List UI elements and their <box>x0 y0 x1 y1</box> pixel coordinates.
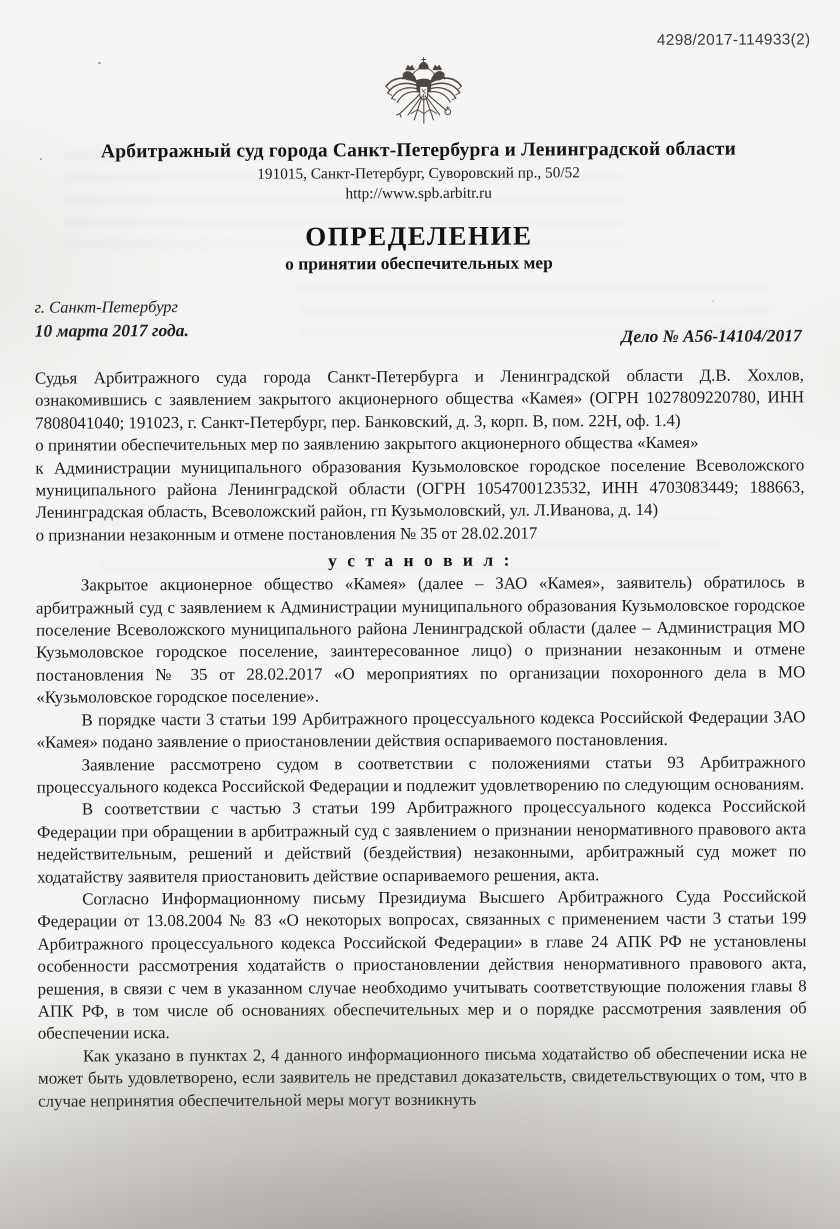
body-paragraph: Заявление рассмотрено судом в соответств… <box>37 751 806 799</box>
court-website: http://www.spb.arbitr.ru <box>34 182 803 205</box>
body-paragraph: Как указано в пунктах 2, 4 данного инфор… <box>38 1042 807 1113</box>
judge-line: Судья Арбитражного суда города Санкт-Пет… <box>35 364 804 435</box>
intro-section: Судья Арбитражного суда города Санкт-Пет… <box>35 364 805 547</box>
body-paragraph: Закрытое акционерное общество «Камея» (д… <box>36 572 806 710</box>
resolution-heading: у с т а н о в и л : <box>36 547 805 574</box>
case-number: Дело № А56-14104/2017 <box>621 315 804 348</box>
subject-line: о принятии обеспечительных мер по заявле… <box>35 432 804 458</box>
claim-line: о признании незаконным и отмене постанов… <box>36 521 805 547</box>
document-registration-number: 4298/2017-114933(2) <box>657 31 811 50</box>
case-meta: г. Санкт-Петербург 10 марта 2017 года. Д… <box>35 293 804 350</box>
body-paragraph: В соответствии с частью 3 статьи 199 Арб… <box>37 796 806 889</box>
scanned-court-ruling-page: 4298/2017-114933(2) <box>0 0 840 1229</box>
issue-date: 10 марта 2017 года. <box>35 318 189 343</box>
court-name: Арбитражный суд города Санкт-Петербурга … <box>34 138 803 163</box>
body-paragraph: В порядке части 3 статьи 199 Арбитражног… <box>36 706 805 754</box>
respondent-line: к Администрации муниципального образован… <box>35 454 804 525</box>
document-title: ОПРЕДЕЛЕНИЕ <box>34 219 803 253</box>
document-content: 4298/2017-114933(2) <box>0 0 840 1229</box>
body-paragraph: Согласно Информационному письму Президиу… <box>37 885 807 1045</box>
russia-coat-of-arms-icon <box>375 56 471 136</box>
ruling-body: Закрытое акционерное общество «Камея» (д… <box>36 572 807 1113</box>
document-subtitle: о принятии обеспечительных мер <box>34 251 803 275</box>
